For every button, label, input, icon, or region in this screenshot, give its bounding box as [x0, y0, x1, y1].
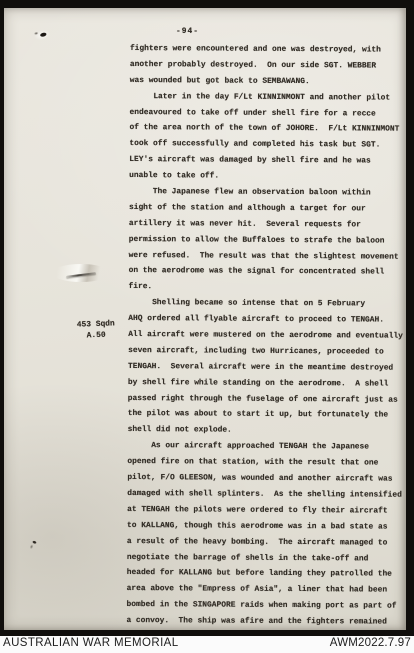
page-number: -94- — [176, 27, 199, 36]
typed-line: bombed in the SINGAPORE raids when makin… — [127, 597, 407, 615]
typed-line: sight of the station and although a targ… — [129, 200, 409, 218]
typed-line: pilot, F/O GLEESON, was wounded and anot… — [127, 470, 407, 488]
typed-line: of the area north of the town of JOHORE.… — [129, 120, 409, 138]
typed-line: the pilot was about to start it up, but … — [128, 406, 408, 424]
typed-body: fighters were encountered and one was de… — [126, 41, 410, 631]
typed-line: damaged with shell splinters. As the she… — [127, 486, 407, 504]
typed-line: was wounded but got back to SEMBAWANG. — [130, 73, 410, 91]
archive-reference-number: AWM2022.7.97 — [330, 637, 411, 649]
typed-line: seven aircraft, including two Hurricanes… — [128, 343, 408, 361]
typed-line: TENGAH. Several aircraft were in the mea… — [128, 359, 408, 377]
typed-line: on the aerodrome was the signal for conc… — [129, 263, 409, 281]
archive-footer: AUSTRALIAN WAR MEMORIAL AWM2022.7.97 — [0, 636, 414, 653]
typed-line: All aircraft were mustered on the aerodr… — [128, 327, 408, 345]
typed-line: at TENGAH the pilots were ordered to fly… — [127, 502, 407, 520]
typed-line: took off successfully and completed his … — [129, 136, 409, 154]
typed-line: negotiate the barrage of shells in the t… — [127, 549, 407, 567]
typed-line: shell did not explode. — [128, 422, 408, 440]
typed-line: LEY's aircraft was damaged by shell fire… — [129, 152, 409, 170]
typed-line: passed right through the fuselage of one… — [128, 391, 408, 409]
typed-line: fire. — [128, 279, 408, 297]
typed-line: were refused. The result was that the sl… — [129, 248, 409, 266]
typed-line: As our aircraft approached TENGAH the Ja… — [127, 438, 407, 456]
scanned-document-photo: -94- 453 Sqdn A.50 fighters were encount… — [0, 0, 414, 653]
typed-line: by shell fire while standing on the aero… — [128, 375, 408, 393]
typed-line: to KALLANG, though this aerodrome was in… — [127, 518, 407, 536]
typed-line: another probably destroyed. On our side … — [130, 57, 410, 75]
typed-line: AHQ ordered all flyable aircraft to proc… — [128, 311, 408, 329]
typed-line: area above the "Empress of Asia", a line… — [127, 581, 407, 599]
typed-line: artillery it was never hit. Several requ… — [129, 216, 409, 234]
margin-note-squadron: 453 Sqdn — [70, 319, 122, 331]
typed-line: The Japanese flew an observation baloon … — [129, 184, 409, 202]
margin-note: 453 Sqdn A.50 — [70, 319, 123, 342]
margin-note-reference: A.50 — [70, 330, 122, 342]
typed-line: Shelling became so intense that on 5 Feb… — [128, 295, 408, 313]
typed-line: endeavoured to take off under shell fire… — [130, 105, 410, 123]
typed-line: unable to take off. — [129, 168, 409, 186]
typed-line: a convoy. The ship was afire and the fig… — [126, 613, 406, 631]
typed-line: Later in the day F/Lt KINNINMONT and ano… — [130, 89, 410, 107]
typed-line: a result of the heavy bombing. The aircr… — [127, 534, 407, 552]
archive-name-label: AUSTRALIAN WAR MEMORIAL — [3, 637, 179, 649]
typed-line: fighters were encountered and one was de… — [130, 41, 410, 59]
typed-line: headed for KALLANG but before landing th… — [127, 565, 407, 583]
typed-line: permission to allow the Buffaloes to str… — [129, 232, 409, 250]
typed-line: opened fire on that station, with the re… — [127, 454, 407, 472]
